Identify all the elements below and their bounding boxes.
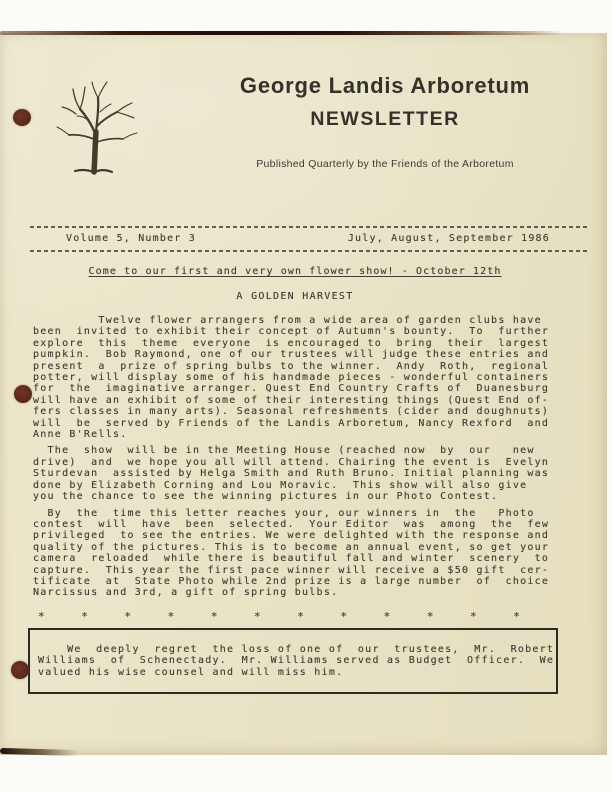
body-text-line: camera reloaded while there is beautiful… [33,553,561,564]
issue-info-block: Volume 5, Number 3 July, August, Septemb… [30,226,588,252]
asterisk: * [211,610,218,623]
body-text-line: will be served by Friends of the Landis … [33,418,561,429]
section-heading: A GOLDEN HARVEST [33,291,557,302]
asterisk: * [124,610,131,623]
organization-title: George Landis Arboretum [205,73,565,99]
asterisk: * [340,610,347,623]
body-text-line: Narcissus and 3rd, a gift of spring bulb… [33,587,561,598]
punch-hole-bottom [11,661,29,679]
punch-hole-middle [14,385,32,403]
asterisk: * [470,610,477,623]
asterisk: * [254,610,261,623]
body-text-line: fers classes in many arts). Seasonal ref… [33,406,561,417]
body-text-line: By the time this letter reaches your, ou… [33,508,561,519]
dashed-divider-top [30,226,588,228]
paper-sheet: George Landis Arboretum NEWSLETTER Publi… [0,33,607,755]
scanned-newsletter-page: George Landis Arboretum NEWSLETTER Publi… [0,0,612,792]
body-text-line: The show will be in the Meeting House (r… [33,445,561,456]
asterisk-separator: ************ [38,610,520,623]
body-text-line: quality of the pictures. This is to beco… [33,542,561,553]
body-text-line: Sturdevan assisted by Helga Smith and Ru… [33,468,561,479]
body-text-line: drive) and we hope you all will attend. … [33,457,561,468]
body-text-line: will have an exhibit of some of their in… [33,395,561,406]
paragraph: By the time this letter reaches your, ou… [33,508,561,599]
masthead-title: NEWSLETTER [205,108,565,131]
asterisk: * [81,610,88,623]
asterisk: * [513,610,520,623]
dashed-divider-bottom [30,250,588,252]
memorial-notice-box: We deeply regret the loss of one of our … [28,628,558,694]
memorial-notice-text: We deeply regret the loss of one of our … [38,644,548,678]
body-text-line: contest will have been selected. Your Ed… [33,519,561,530]
body-text-line: for the imaginative arranger. Quest End … [33,383,561,394]
tree-logo-illustration [54,78,142,176]
asterisk: * [168,610,175,623]
body-text: Twelve flower arrangers from a wide area… [33,315,561,604]
punch-hole-top [13,109,31,126]
body-text-line: pumpkin. Bob Raymond, one of our trustee… [33,349,561,360]
notice-text-line: We deeply regret the loss of one of our … [38,644,548,655]
notice-text-line: Williams of Schenectady. Mr. Williams se… [38,655,548,666]
body-text-line: potter, will display some of his handmad… [33,372,561,383]
asterisk: * [384,610,391,623]
page-top-edge-shadow [0,31,564,35]
body-text-line: capture. This year the first pace winner… [33,565,561,576]
body-text-line: privileged to see the entries. We were d… [33,530,561,541]
asterisk: * [38,610,45,623]
body-text-line: explore this theme everyone is encourage… [33,338,561,349]
body-text-line: been invited to exhibit their concept of… [33,326,561,337]
body-text-line: tificate at State Photo while 2nd prize … [33,576,561,587]
body-text-line: done by Elizabeth Corning and Lou Moravi… [33,480,561,491]
body-text-line: present a prize of spring bulbs to the w… [33,361,561,372]
body-text-line: you the chance to see the winning pictur… [33,491,561,502]
issue-date: July, August, September 1986 [348,233,550,244]
newsletter-header: George Landis Arboretum NEWSLETTER Publi… [205,73,565,170]
issue-volume: Volume 5, Number 3 [66,233,196,244]
publication-tagline: Published Quarterly by the Friends of th… [205,158,565,170]
paragraph: The show will be in the Meeting House (r… [33,445,561,502]
body-text-line: Anne B'Rells. [33,429,561,440]
notice-text-line: valued his wise counsel and will miss hi… [38,667,548,678]
lead-headline: Come to our first and very own flower sh… [33,266,557,277]
body-text-line: Twelve flower arrangers from a wide area… [33,315,561,326]
asterisk: * [427,610,434,623]
paragraph: Twelve flower arrangers from a wide area… [33,315,561,440]
asterisk: * [297,610,304,623]
